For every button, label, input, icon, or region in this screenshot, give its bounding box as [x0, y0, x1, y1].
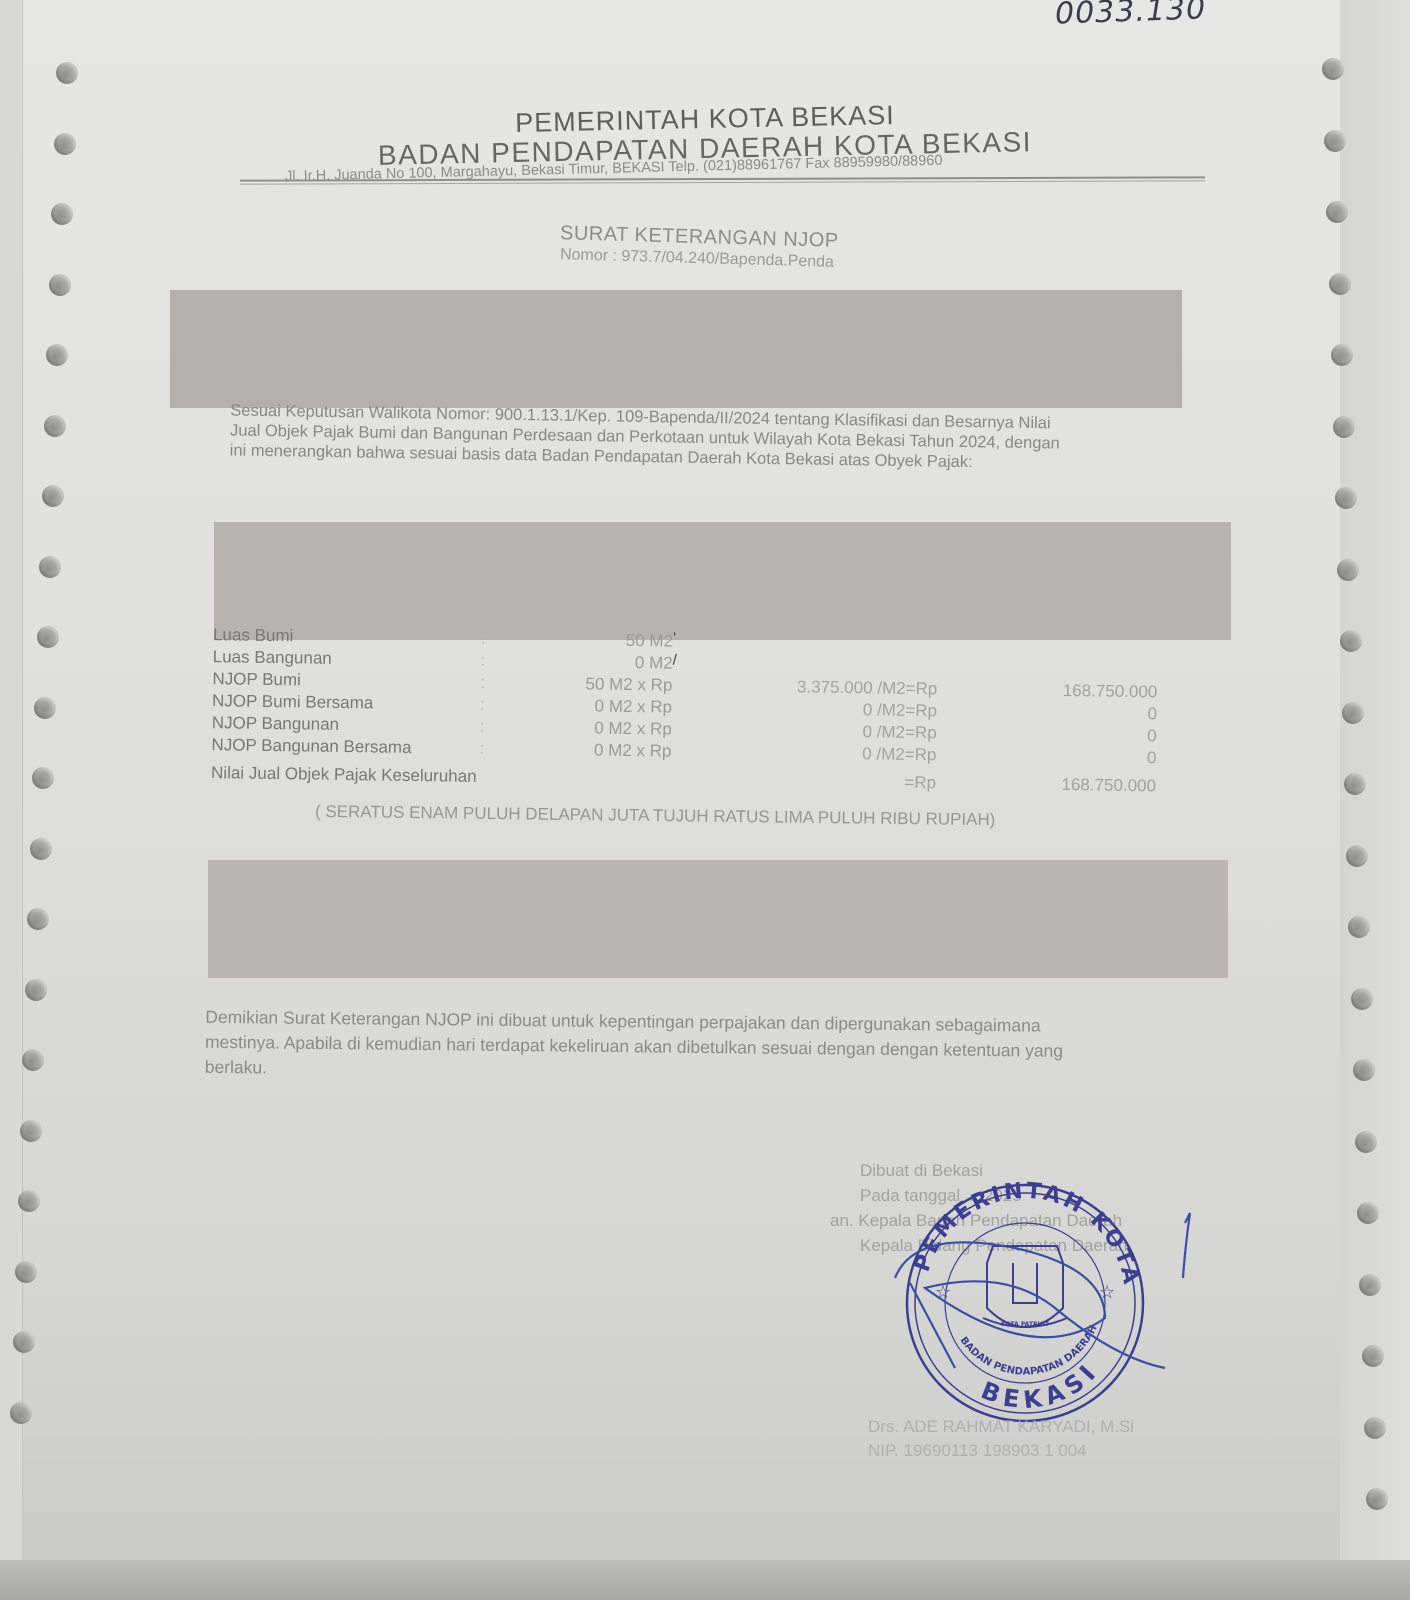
- row-label: Luas Bumi: [213, 625, 294, 646]
- row-label: NJOP Bumi: [212, 669, 301, 690]
- row-rate: 0 /M2=Rp: [731, 742, 936, 765]
- perforation-hole: [10, 1402, 32, 1424]
- row-colon: :: [480, 673, 485, 693]
- row-quantity: 50 M2 x Rp: [562, 674, 672, 696]
- bottom-shadow: [0, 1560, 1410, 1600]
- perforation-hole: [1359, 1274, 1381, 1296]
- perforation-hole: [1333, 416, 1355, 438]
- perforation-hole: [30, 838, 52, 860]
- row-label: Nilai Jual Objek Pajak Keseluruhan: [211, 763, 477, 787]
- svg-text:PEMERINTAH KOTA: PEMERINTAH KOTA: [910, 1179, 1144, 1289]
- row-label: NJOP Bumi Bersama: [212, 691, 373, 713]
- row-amount: 0: [1022, 702, 1157, 724]
- row-colon: :: [481, 629, 486, 649]
- row-amount: 168.750.000: [1021, 774, 1156, 796]
- row-rate: =Rp: [731, 770, 936, 793]
- row-quantity: 0 M2: [563, 652, 673, 674]
- perforation-hole: [1342, 702, 1364, 724]
- row-colon: :: [481, 651, 486, 671]
- row-rate: 0 /M2=Rp: [732, 698, 937, 721]
- row-colon: :: [479, 739, 484, 759]
- perforation-hole: [1346, 845, 1368, 867]
- perforation-hole: [1364, 1417, 1386, 1439]
- perforation-hole: [42, 485, 64, 507]
- row-amount: 0: [1021, 746, 1156, 768]
- handwritten-number: 0033.130: [1054, 0, 1206, 32]
- redacted-block-details: [208, 860, 1228, 978]
- perforation-hole: [1329, 273, 1351, 295]
- assessment-table: Luas Bumi:50 M2'Luas Bangunan:0 M2/NJOP …: [211, 625, 1193, 799]
- perforation-hole: [1340, 630, 1362, 652]
- perforation-hole: [1362, 1345, 1384, 1367]
- closing-paragraph: Demikian Surat Keterangan NJOP ini dibua…: [205, 1005, 1201, 1090]
- perforation-hole: [15, 1261, 37, 1283]
- row-amount: 168.750.000: [1022, 680, 1157, 702]
- perforation-hole: [18, 1190, 40, 1212]
- perforation-hole: [20, 1120, 42, 1142]
- perforation-hole: [39, 556, 61, 578]
- signee-nip: NIP. 19690113 198903 1 004: [868, 1439, 1134, 1463]
- perforation-hole: [34, 697, 56, 719]
- perforation-hole: [1331, 344, 1353, 366]
- perforation-hole: [13, 1331, 35, 1353]
- perforation-hole: [1337, 559, 1359, 581]
- perforation-hole: [1366, 1488, 1388, 1510]
- perforation-hole: [1353, 1059, 1375, 1081]
- signee-name: Drs. ADE RAHMAT KARYADI, M.Si: [868, 1415, 1134, 1439]
- row-label: Luas Bangunan: [213, 647, 332, 669]
- row-label: NJOP Bangunan: [212, 713, 340, 735]
- perforation-hole: [1355, 1131, 1377, 1153]
- perforation-hole: [32, 767, 54, 789]
- redacted-block-tax-object: [214, 522, 1231, 640]
- row-rate: 3.375.000 /M2=Rp: [732, 676, 937, 699]
- perforation-hole: [1344, 773, 1366, 795]
- row-quantity: 0 M2 x Rp: [562, 718, 672, 740]
- row-quantity: 0 M2 x Rp: [562, 696, 672, 718]
- perforation-hole: [1322, 58, 1344, 80]
- perforation-hole: [44, 415, 66, 437]
- row-label: NJOP Bangunan Bersama: [211, 735, 411, 758]
- perforation-hole: [56, 62, 78, 84]
- official-stamp-icon: PEMERINTAH KOTA BADAN PENDAPATAN DAERAH …: [855, 1168, 1195, 1428]
- row-colon: :: [480, 717, 485, 737]
- row-quantity: 50 M2: [563, 630, 673, 652]
- perforation-hole: [37, 626, 59, 648]
- perforation-hole: [25, 979, 47, 1001]
- row-quantity: 0 M2 x Rp: [561, 740, 671, 762]
- row-amount: 0: [1022, 724, 1157, 746]
- perforation-hole: [1351, 988, 1373, 1010]
- check-mark: ': [673, 630, 676, 647]
- perforation-hole: [49, 274, 71, 296]
- row-quantity: [561, 768, 671, 770]
- signee-block: Drs. ADE RAHMAT KARYADI, M.Si NIP. 19690…: [868, 1415, 1134, 1463]
- redacted-block-recipient: [170, 290, 1182, 408]
- row-colon: :: [480, 695, 485, 715]
- check-mark: /: [673, 652, 677, 669]
- row-rate: 0 /M2=Rp: [732, 720, 937, 743]
- svg-text:KOTA PATRIOT: KOTA PATRIOT: [1001, 1321, 1050, 1328]
